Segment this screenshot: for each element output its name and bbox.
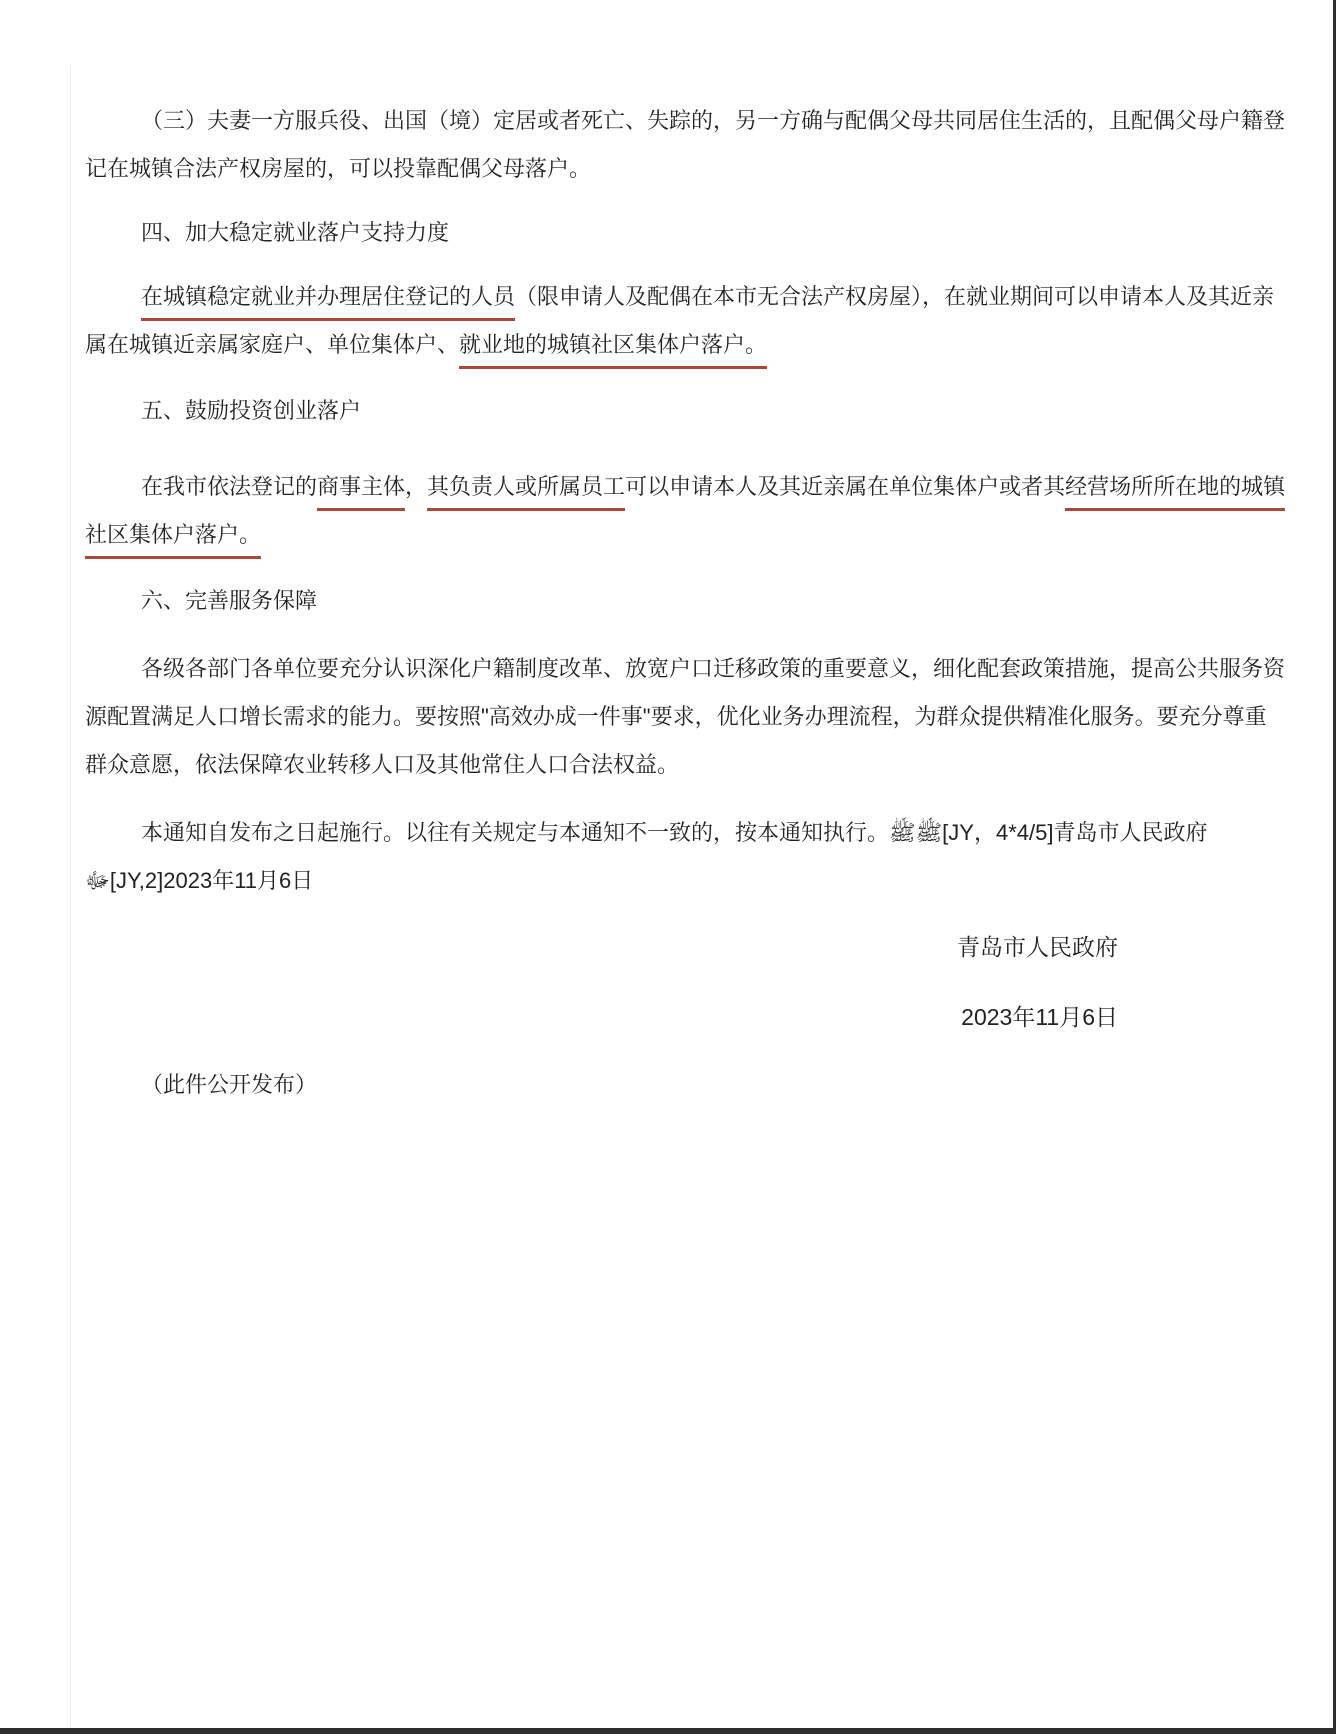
text-segment: 青岛市人民政府: [957, 934, 1118, 960]
text-segment: ﷻ[JY,2]2023年11月6日: [85, 868, 313, 893]
text-segment: ，: [405, 474, 427, 499]
paragraph-6-line-1: 各级各部门各单位要充分认识深化户籍制度改革、放宽户口迁移政策的重要意义，细化配套…: [85, 654, 1336, 684]
scan-border-bottom: [0, 1728, 1336, 1734]
underlined-text: 经营场所所在地的城镇: [1065, 474, 1285, 511]
paragraph-4-line-1: 在城镇稳定就业并办理居住登记的人员（限申请人及配偶在本市无合法产权房屋），在就业…: [85, 282, 1336, 312]
paragraph-7-line-2: ﷻ[JY,2]2023年11月6日: [85, 866, 1295, 896]
signature-date: 2023年11月6日: [961, 1002, 1118, 1032]
text-segment: 可以申请本人及其近亲属在单位集体户或者其: [625, 474, 1065, 499]
paragraph-3-line-2: 记在城镇合法产权房屋的，可以投靠配偶父母落户。: [85, 154, 1295, 184]
underlined-text: 在城镇稳定就业并办理居住登记的人员: [141, 284, 515, 321]
underlined-text: 商事主体: [317, 474, 405, 511]
text-segment: 属在城镇近亲属家庭户、单位集体户、: [85, 332, 459, 357]
text-segment: （此件公开发布）: [141, 1072, 317, 1097]
section-heading-5: 五、鼓励投资创业落户: [85, 396, 1336, 426]
heading-text: 四、加大稳定就业落户支持力度: [141, 220, 449, 245]
paragraph-5-line-2: 社区集体户落户。: [85, 520, 1295, 550]
underlined-text: 就业地的城镇社区集体户落户。: [459, 332, 767, 369]
text-segment: 在我市依法登记的: [141, 474, 317, 499]
underlined-text: 社区集体户落户。: [85, 522, 261, 559]
paragraph-6-line-3: 群众意愿，依法保障农业转移人口及其他常住人口合法权益。: [85, 750, 1295, 780]
underlined-text: 其负责人或所属员工: [427, 474, 625, 511]
text-segment: （限申请人及配偶在本市无合法产权房屋），在就业期间可以申请本人及其近亲: [515, 284, 1274, 309]
text-segment: 2023年11月6日: [961, 1004, 1118, 1030]
section-heading-6: 六、完善服务保障: [85, 586, 1336, 616]
text-segment: （三）夫妻一方服兵役、出国（境）定居或者死亡、失踪的，另一方确与配偶父母共同居住…: [141, 108, 1285, 133]
page-edge-shadow: [70, 65, 71, 1728]
text-segment: 记在城镇合法产权房屋的，可以投靠配偶父母落户。: [85, 156, 591, 181]
text-segment: 本通知自发布之日起施行。以往有关规定与本通知不一致的，按本通知执行。ﷺﷺ[JY，…: [141, 820, 1207, 845]
document-page: （三）夫妻一方服兵役、出国（境）定居或者死亡、失踪的，另一方确与配偶父母共同居住…: [0, 0, 1336, 1734]
paragraph-6-line-2: 源配置满足人口增长需求的能力。要按照"高效办成一件事"要求，优化业务办理流程，为…: [85, 702, 1295, 732]
heading-text: 六、完善服务保障: [141, 588, 317, 613]
paragraph-4-line-2: 属在城镇近亲属家庭户、单位集体户、就业地的城镇社区集体户落户。: [85, 330, 1295, 360]
paragraph-7-line-1: 本通知自发布之日起施行。以往有关规定与本通知不一致的，按本通知执行。ﷺﷺ[JY，…: [85, 818, 1336, 848]
signature-organization: 青岛市人民政府: [957, 932, 1118, 962]
paragraph-3-line-1: （三）夫妻一方服兵役、出国（境）定居或者死亡、失踪的，另一方确与配偶父母共同居住…: [85, 106, 1336, 136]
text-segment: 各级各部门各单位要充分认识深化户籍制度改革、放宽户口迁移政策的重要意义，细化配套…: [141, 656, 1285, 681]
text-segment: 群众意愿，依法保障农业转移人口及其他常住人口合法权益。: [85, 752, 679, 777]
heading-text: 五、鼓励投资创业落户: [141, 398, 361, 423]
text-segment: 源配置满足人口增长需求的能力。要按照"高效办成一件事"要求，优化业务办理流程，为…: [85, 704, 1267, 729]
section-heading-4: 四、加大稳定就业落户支持力度: [85, 218, 1336, 248]
paragraph-5-line-1: 在我市依法登记的商事主体，其负责人或所属员工可以申请本人及其近亲属在单位集体户或…: [85, 472, 1336, 502]
public-release-note: （此件公开发布）: [85, 1070, 1336, 1100]
